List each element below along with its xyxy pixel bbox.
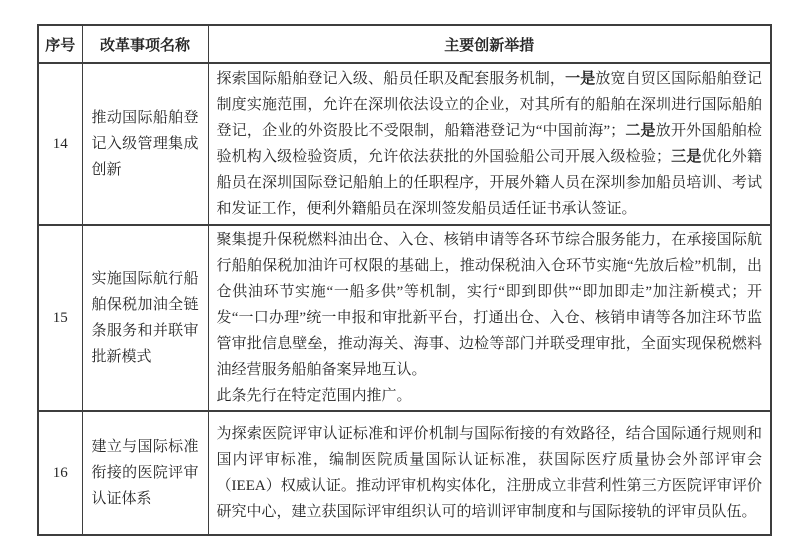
table-row: 14推动国际船舶登记入级管理集成创新探索国际船舶登记入级、船员任职及配套服务机制… — [38, 63, 771, 225]
table-row: 15实施国际航行船舶保税加油全链条服务和并联审批新模式聚集提升保税燃料油出仓、入… — [38, 225, 771, 411]
innovation-measures-cell: 为探索医院评审认证标准和评价机制与国际衔接的有效路径，结合国际通行规则和国内评审… — [208, 411, 771, 535]
bold-text-segment: 二是 — [625, 123, 656, 139]
measure-paragraph: 聚集提升保税燃料油出仓、入仓、核销申请等各环节综合服务能力，在承接国际航行船舶保… — [217, 227, 763, 383]
text-segment: 探索国际船舶登记入级、船员任职及配套服务机制， — [217, 71, 566, 87]
serial-number-cell: 16 — [38, 411, 82, 535]
text-segment: 此条先行在特定范围内推广。 — [217, 388, 412, 404]
measure-paragraph: 探索国际船舶登记入级、船员任职及配套服务机制，一是放宽自贸区国际船舶登记制度实施… — [217, 66, 763, 222]
innovation-measures-cell: 探索国际船舶登记入级、船员任职及配套服务机制，一是放宽自贸区国际船舶登记制度实施… — [208, 63, 771, 225]
measure-paragraph: 为探索医院评审认证标准和评价机制与国际衔接的有效路径，结合国际通行规则和国内评审… — [217, 421, 763, 525]
header-cell-serial-number: 序号 — [38, 25, 82, 63]
text-segment: 聚集提升保税燃料油出仓、入仓、核销申请等各环节综合服务能力，在承接国际航行船舶保… — [217, 232, 763, 378]
reform-measures-table: 序号 改革事项名称 主要创新举措 14推动国际船舶登记入级管理集成创新探索国际船… — [37, 24, 772, 536]
header-cell-main-innovation-measures: 主要创新举措 — [208, 25, 771, 63]
serial-number-cell: 15 — [38, 225, 82, 411]
table-row: 16建立与国际标准衔接的医院评审认证体系为探索医院评审认证标准和评价机制与国际衔… — [38, 411, 771, 535]
reform-item-name-cell: 推动国际船舶登记入级管理集成创新 — [82, 63, 208, 225]
innovation-measures-cell: 聚集提升保税燃料油出仓、入仓、核销申请等各环节综合服务能力，在承接国际航行船舶保… — [208, 225, 771, 411]
document-page: 序号 改革事项名称 主要创新举措 14推动国际船舶登记入级管理集成创新探索国际船… — [0, 0, 800, 554]
text-segment: 为探索医院评审认证标准和评价机制与国际衔接的有效路径，结合国际通行规则和国内评审… — [217, 426, 763, 520]
reform-item-name-cell: 实施国际航行船舶保税加油全链条服务和并联审批新模式 — [82, 225, 208, 411]
bold-text-segment: 一是 — [565, 71, 595, 87]
measure-paragraph: 此条先行在特定范围内推广。 — [217, 383, 763, 409]
header-cell-reform-item-name: 改革事项名称 — [82, 25, 208, 63]
bold-text-segment: 三是 — [671, 149, 701, 165]
serial-number-cell: 14 — [38, 63, 82, 225]
reform-item-name-cell: 建立与国际标准衔接的医院评审认证体系 — [82, 411, 208, 535]
table-body: 14推动国际船舶登记入级管理集成创新探索国际船舶登记入级、船员任职及配套服务机制… — [38, 63, 771, 535]
header-row: 序号 改革事项名称 主要创新举措 — [38, 25, 771, 63]
